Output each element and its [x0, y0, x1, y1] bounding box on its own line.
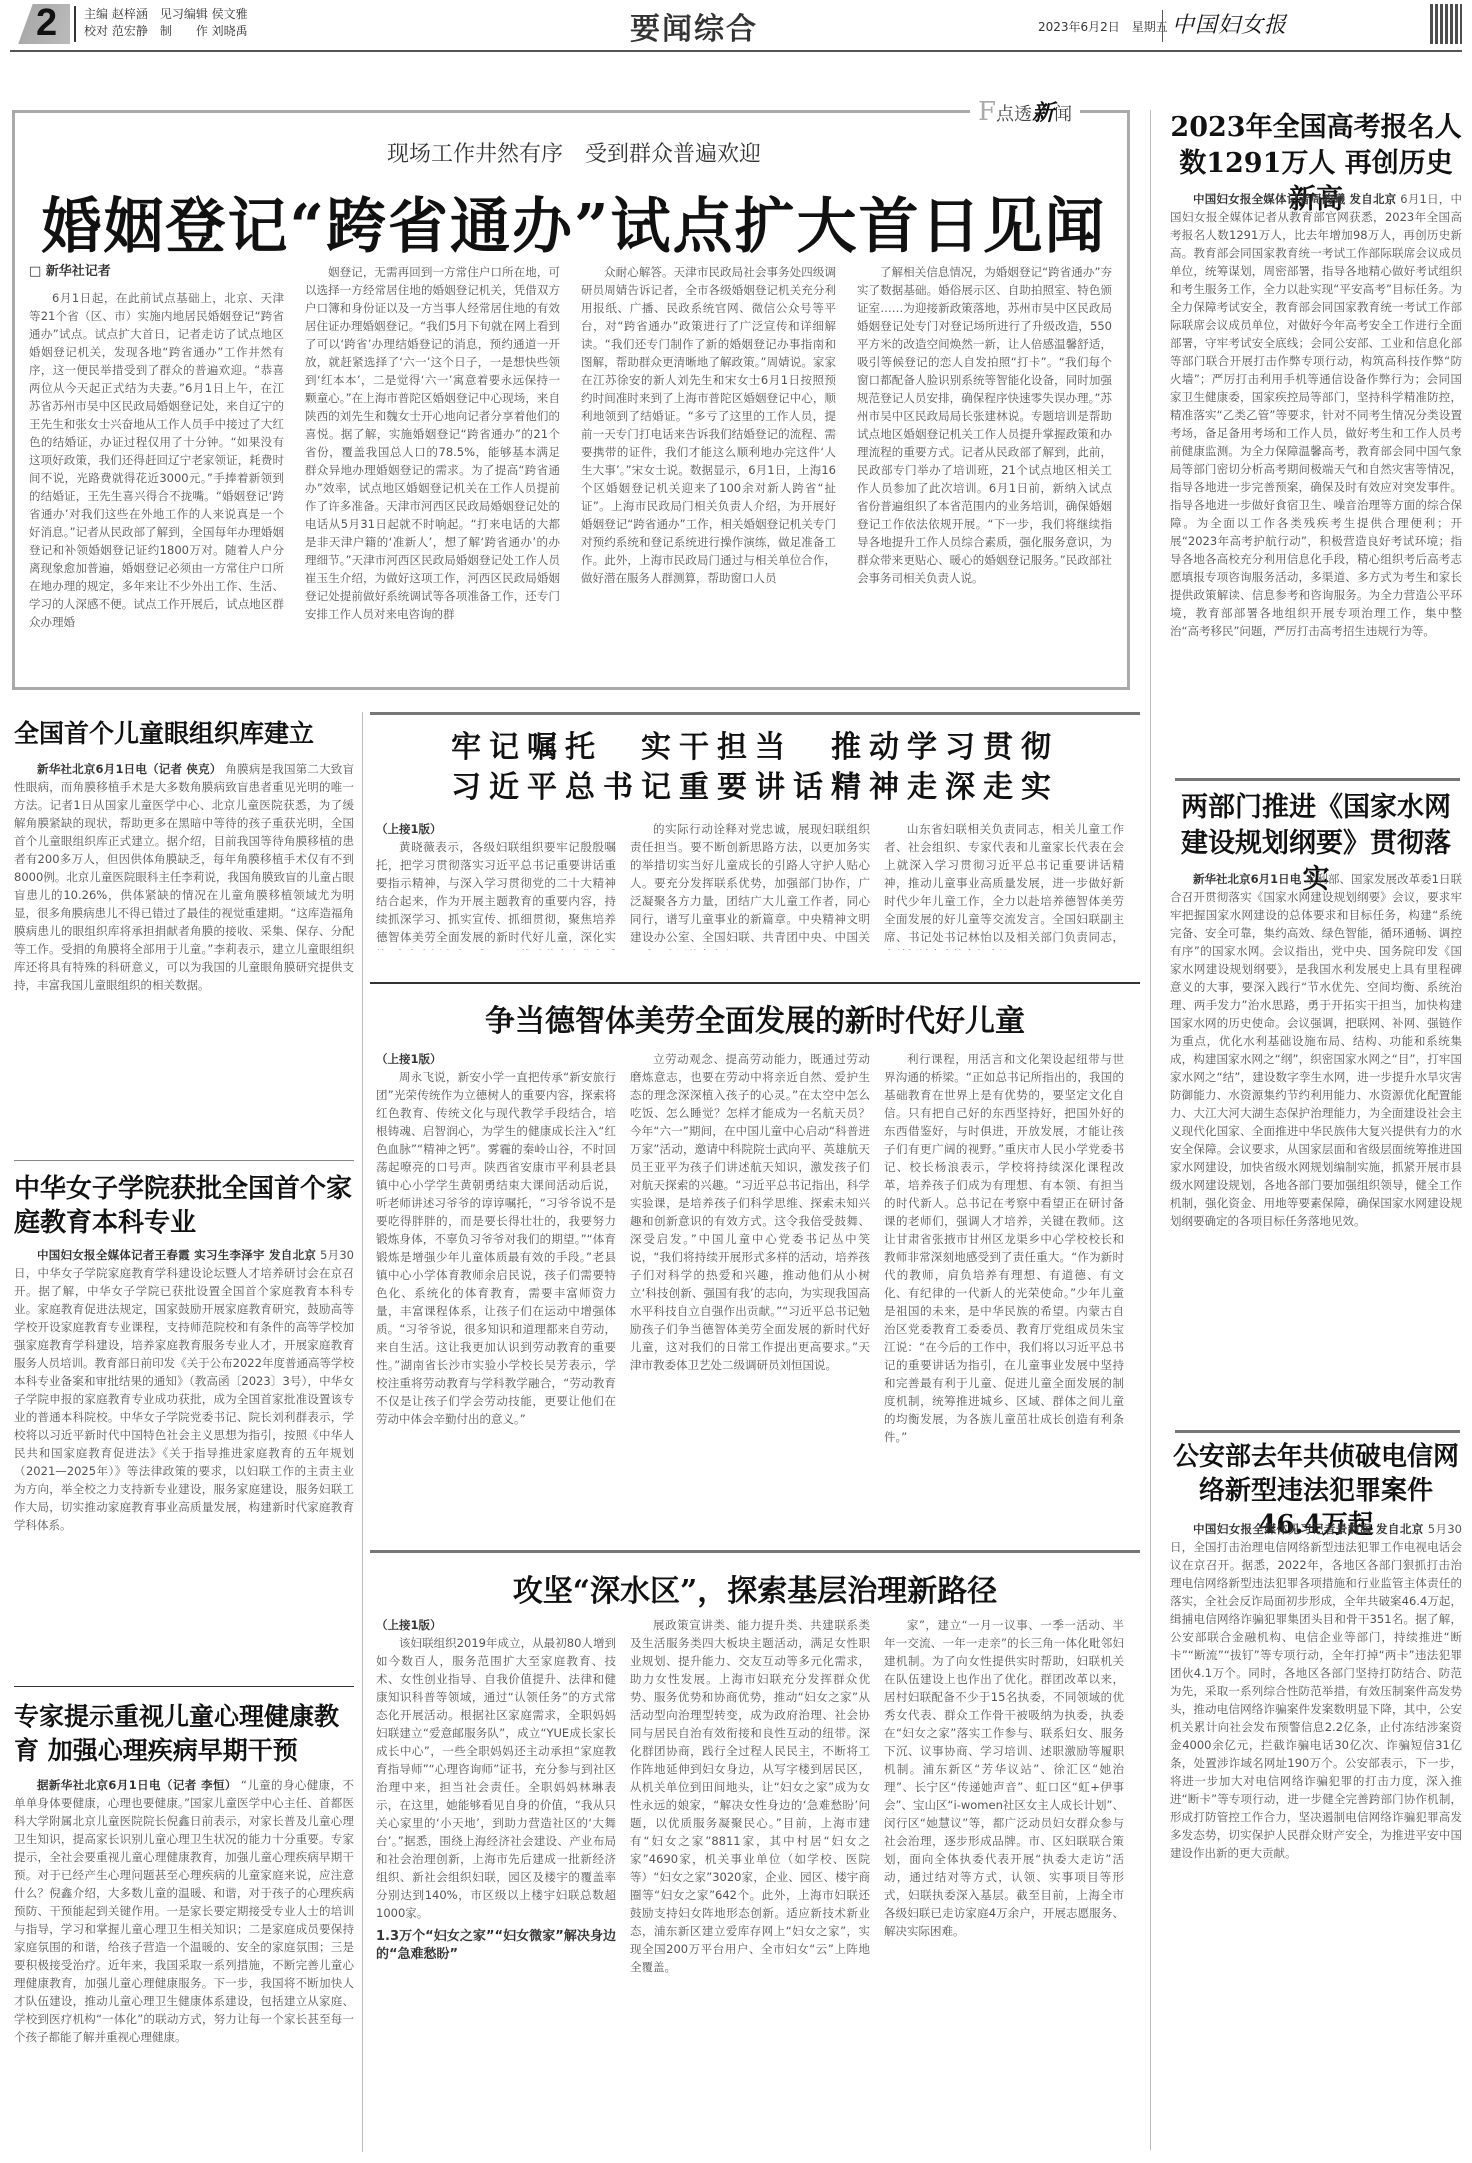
divider [14, 1686, 354, 1687]
lead-subtitle: 现场工作井然有序 受到群众普遍欢迎 [15, 137, 1133, 168]
article-body: 中国妇女报全媒体记者王春霞 实习生李泽宇 发自北京 5月30日，中华女子学院家庭… [14, 1246, 354, 1666]
article-body: 立劳动观念、提高劳动能力，既通过劳动磨炼意志，也要在劳动中将亲近自然、爱护生态的… [630, 1050, 870, 1530]
lead-headline[interactable]: 婚姻登记“跨省通办”试点扩大首日见闻 [15, 179, 1133, 265]
divider [370, 712, 1140, 715]
column-divider [362, 712, 363, 2152]
byline: □ 新华社记者 [29, 263, 284, 281]
qr-code-icon[interactable] [1430, 4, 1462, 44]
article-headline[interactable]: 全国首个儿童眼组织库建立 [14, 714, 354, 750]
article-body: 新华社北京6月1日电（记者 侠克） 角膜病是我国第二大致盲性眼病，而角膜移植手术… [14, 760, 354, 1150]
article-body: 的实际行动诠释对党忠诚，展现妇联组织责任担当。要不断创新思路方法，以更加务实的举… [630, 820, 870, 950]
article-body: 展政策宣讲类、能力提升类、共建联系类及生活服务类四大板块主题活动，满足女性职业规… [630, 1616, 870, 2156]
divider [1175, 778, 1460, 781]
divider [370, 982, 1140, 984]
divider [74, 6, 76, 42]
divider [1162, 10, 1163, 42]
section-title: 要闻综合 [630, 4, 758, 48]
article-body: 中国妇女报全媒体见习记者景韵润 发自北京 5月30日，全国打击治理电信网络新型违… [1170, 1520, 1462, 2150]
divider [14, 1160, 354, 1161]
article-headline[interactable]: 争当德智体美劳全面发展的新时代好儿童 [370, 996, 1140, 1040]
masthead: 2 主编 赵梓涵 见习编辑 侯文雅 校对 范宏静 制 作 刘晓禹 要闻综合 20… [10, 0, 1462, 52]
lead-column-1: □ 新华社记者 6月1日起，在此前试点基础上，北京、天津等21个省（区、市）实施… [29, 263, 284, 683]
article-body: 新华社北京6月1日电 水利部、国家发展改革委1日联合召开贯彻落实《国家水网建设规… [1170, 870, 1462, 1420]
article-body: 家”，建立“一月一议事、一季一活动、半年一交流、一年一走亲”的长三角一体化毗邻妇… [884, 1616, 1124, 2156]
divider [1175, 1430, 1460, 1433]
lead-column-3: 众耐心解答。天津市民政局社会事务处四级调研员周婧告诉记者，全市各级婚姻登记机关充… [581, 263, 836, 683]
lead-column-4: 了解相关信息情况，为婚姻登记“跨省通办”夯实了数据基础。婚俗展示区、自助拍照室、… [857, 263, 1112, 683]
article-body: 中国妇女报全媒体记者周韵曦 发自北京 6月1日，中国妇女报全媒体记者从教育部官网… [1170, 190, 1462, 720]
column-divider [1150, 110, 1151, 2150]
article-headline[interactable]: 中华女子学院获批全国首个家庭教育本科专业 [14, 1172, 354, 1240]
article-body: 据新华社北京6月1日电（记者 李恒） “儿童的身心健康，不单单身体要健康，心理也… [14, 1776, 354, 2156]
article-headline[interactable]: 牢记嘱托 实干担当 推动学习贯彻习近平总书记重要讲话精神走深走实 [370, 728, 1140, 808]
section-tag: F点透新闻 [970, 96, 1080, 127]
newspaper-logo: 中国妇女报 [1172, 8, 1287, 39]
page-number: 2 [36, 2, 57, 45]
subheadline: 1.3万个“妇女之家”“妇女微家”解决身边的“急难愁盼” [376, 1928, 616, 1964]
article-headline[interactable]: 攻坚“深水区”，探索基层治理新路径 [370, 1566, 1140, 1610]
article-body: （上接1版）周永飞说，新安小学一直把传承“新安旅行团”光荣传统作为立德树人的重要… [376, 1050, 616, 1530]
divider [370, 1550, 1140, 1553]
editorial-staff: 主编 赵梓涵 见习编辑 侯文雅 校对 范宏静 制 作 刘晓禹 [84, 6, 248, 40]
article-body: （上接1版）黄晓薇表示，各级妇联组织要牢记殷殷嘱托，把学习贯彻落实习近平总书记重… [376, 820, 616, 950]
page-number-badge: 2 [10, 4, 70, 44]
article-body: 山东省妇联相关负责同志，相关儿童工作者、社会组织、专家代表和儿童家长代表在会上就… [884, 820, 1124, 950]
article-headline[interactable]: 专家提示重视儿童心理健康教育 加强心理疾病早期干预 [14, 1700, 354, 1768]
article-body: 利行课程，用活言和文化架设起纽带与世界沟通的桥梁。“正如总书记所指出的，我国的基… [884, 1050, 1124, 1530]
lead-story: 现场工作井然有序 受到群众普遍欢迎 婚姻登记“跨省通办”试点扩大首日见闻 □ 新… [12, 110, 1130, 690]
article-body: （上接1版）该妇联组织2019年成立，从最初80人增到如今数百人，服务范围扩大至… [376, 1616, 616, 2156]
issue-date: 2023年6月2日 星期五 [1038, 18, 1168, 35]
lead-column-2: 姻登记，无需再回到一方常住户口所在地，可以选择一方经常居住地的婚姻登记机关，凭借… [305, 263, 560, 683]
